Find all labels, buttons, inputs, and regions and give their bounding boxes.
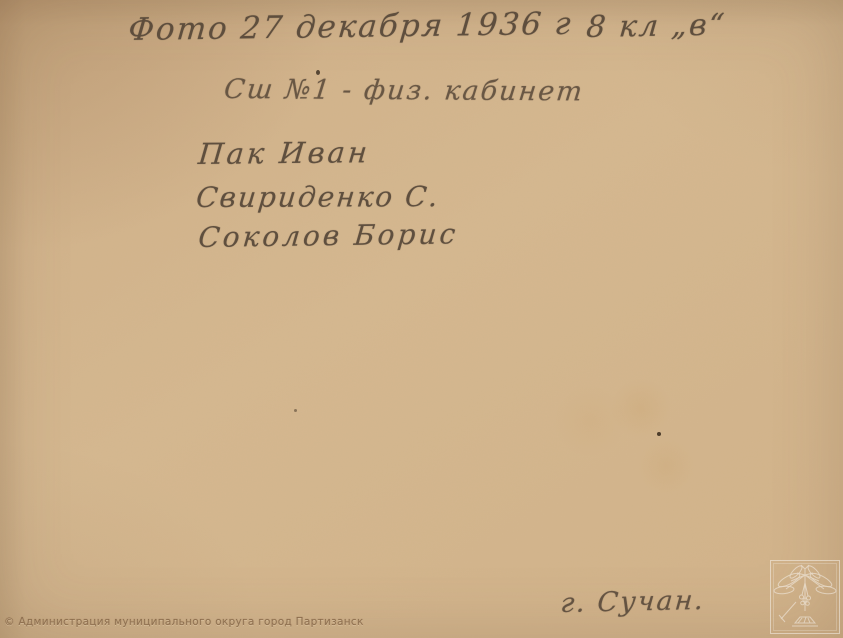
handwritten-name-1: Пак Иван	[197, 135, 372, 171]
handwritten-city-line: г. Сучан.	[559, 585, 706, 619]
paper-speck	[316, 70, 320, 75]
paper-speck	[294, 409, 297, 412]
handwritten-school-line: Сш №1 - физ. кабинет	[223, 74, 586, 107]
handwritten-name-3: Соколов Борис	[197, 217, 460, 254]
partizansk-coat-of-arms-icon	[769, 559, 841, 635]
handwritten-name-2: Свириденко С.	[195, 180, 442, 214]
archive-copyright-watermark: © Администрация муниципального округа го…	[4, 616, 364, 628]
handwritten-class-label: 8 кл „в“	[585, 8, 728, 45]
photo-back-scan: Фото 27 декабря 1936 г 8 кл „в“ Сш №1 - …	[0, 0, 843, 638]
paper-speck	[657, 432, 661, 436]
handwritten-date-line: Фото 27 декабря 1936 г	[127, 6, 574, 48]
